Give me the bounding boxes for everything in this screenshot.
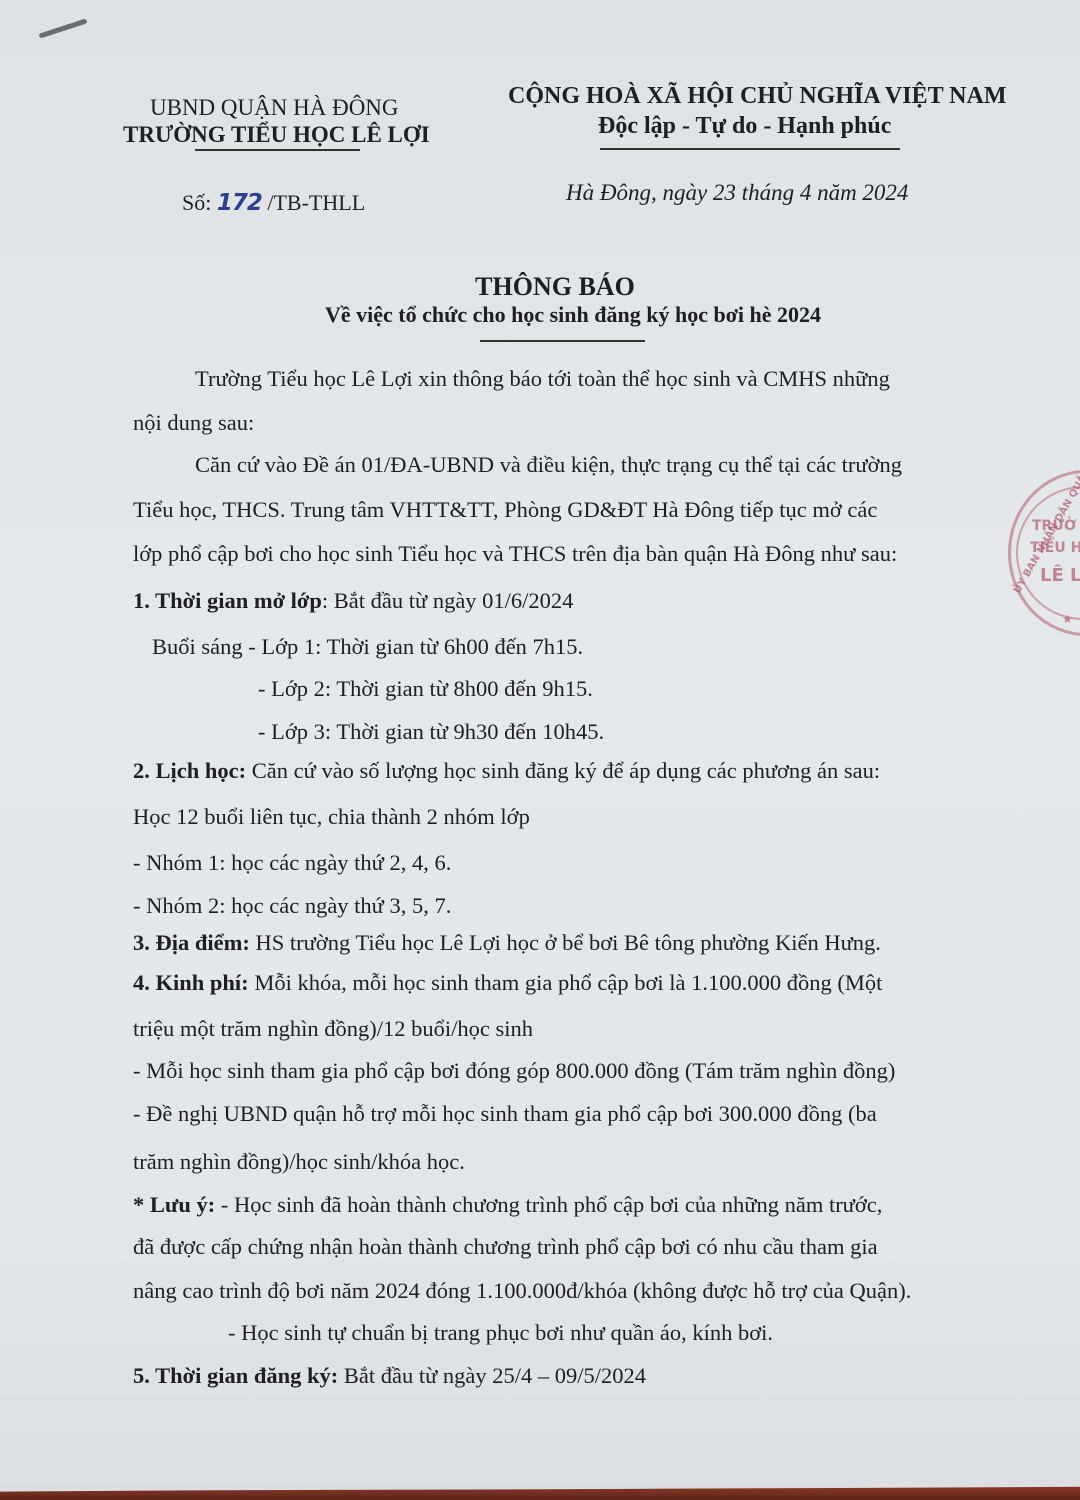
class-item: - Lớp 2: Thời gian từ 8h00 đến 9h15. bbox=[258, 676, 593, 702]
class-item: Buổi sáng - Lớp 1: Thời gian từ 6h00 đến… bbox=[152, 634, 583, 660]
national-motto: Độc lập - Tự do - Hạnh phúc bbox=[598, 113, 891, 140]
national-title: CỘNG HOÀ XÃ HỘI CHỦ NGHĨA VIỆT NAM bbox=[508, 83, 1007, 110]
fee-line: - Mỗi học sinh tham gia phổ cập bơi đóng… bbox=[133, 1058, 895, 1084]
handwritten-number: 172 bbox=[217, 190, 262, 216]
section-heading: 3. Địa điểm: bbox=[133, 930, 250, 955]
section-2: 2. Lịch học: Căn cứ vào số lượng học sin… bbox=[133, 758, 880, 784]
section-heading: 4. Kinh phí: bbox=[133, 970, 249, 995]
section-4: 4. Kinh phí: Mỗi khóa, mỗi học sinh tham… bbox=[133, 970, 882, 996]
school-name: TRƯỜNG TIỂU HỌC LÊ LỢI bbox=[123, 122, 430, 148]
schedule-line: Học 12 buổi liên tục, chia thành 2 nhóm … bbox=[133, 804, 530, 830]
class-item: - Lớp 3: Thời gian từ 9h30 đến 10h45. bbox=[258, 719, 604, 745]
intro-line: Căn cứ vào Đề án 01/ĐA-UBND và điều kiện… bbox=[195, 452, 902, 478]
document-subtitle: Về việc tổ chức cho học sinh đăng ký học… bbox=[0, 302, 1080, 328]
number-suffix: /TB-THLL bbox=[262, 190, 365, 215]
star-icon: ★ bbox=[1062, 612, 1073, 626]
pen-mark bbox=[38, 18, 87, 38]
section-heading: 5. Thời gian đăng ký: bbox=[133, 1363, 338, 1388]
document-page: UBND QUẬN HÀ ĐÔNG TRƯỜNG TIỂU HỌC LÊ LỢI… bbox=[0, 0, 1080, 1500]
desk-surface bbox=[0, 1486, 1080, 1500]
document-date: Hà Đông, ngày 23 tháng 4 năm 2024 bbox=[566, 180, 908, 206]
intro-line: lớp phổ cập bơi cho học sinh Tiểu học và… bbox=[133, 541, 897, 567]
section-heading: 1. Thời gian mở lớp bbox=[133, 588, 322, 613]
section-heading: 2. Lịch học: bbox=[133, 758, 246, 783]
fee-line: trăm nghìn đồng)/học sinh/khóa học. bbox=[133, 1149, 465, 1175]
section-5: 5. Thời gian đăng ký: Bắt đầu từ ngày 25… bbox=[133, 1363, 646, 1389]
fee-line: triệu một trăm nghìn đồng)/12 buổi/học s… bbox=[133, 1016, 533, 1042]
fee-line: - Đề nghị UBND quận hỗ trợ mỗi học sinh … bbox=[133, 1101, 877, 1127]
document-title: THÔNG BÁO bbox=[0, 272, 1080, 302]
group-item: - Nhóm 1: học các ngày thứ 2, 4, 6. bbox=[133, 850, 451, 876]
intro-line: Trường Tiểu học Lê Lợi xin thông báo tới… bbox=[195, 366, 890, 392]
session-label: Buổi sáng bbox=[152, 634, 243, 659]
motto-underline bbox=[600, 148, 900, 150]
section-3: 3. Địa điểm: HS trường Tiểu học Lê Lợi h… bbox=[133, 930, 881, 956]
note-heading: * Lưu ý: bbox=[133, 1192, 215, 1217]
section-1: 1. Thời gian mở lớp: Bắt đầu từ ngày 01/… bbox=[133, 588, 573, 614]
note-line: đã được cấp chứng nhận hoàn thành chương… bbox=[133, 1234, 878, 1260]
intro-line: nội dung sau: bbox=[133, 410, 254, 436]
note-section: * Lưu ý: - Học sinh đã hoàn thành chương… bbox=[133, 1192, 882, 1218]
note-line: - Học sinh tự chuẩn bị trang phục bơi nh… bbox=[228, 1320, 773, 1346]
group-item: - Nhóm 2: học các ngày thứ 3, 5, 7. bbox=[133, 893, 451, 919]
note-line: nâng cao trình độ bơi năm 2024 đóng 1.10… bbox=[133, 1278, 911, 1304]
document-number: Số: 172 /TB-THLL bbox=[182, 190, 365, 216]
subtitle-underline bbox=[480, 340, 645, 342]
intro-line: Tiểu học, THCS. Trung tâm VHTT&TT, Phòng… bbox=[133, 497, 877, 523]
number-prefix: Số: bbox=[182, 190, 217, 215]
school-name-underline bbox=[195, 149, 360, 151]
issuing-authority: UBND QUẬN HÀ ĐÔNG bbox=[150, 95, 399, 121]
stamp-text: LÊ L bbox=[1040, 565, 1080, 586]
